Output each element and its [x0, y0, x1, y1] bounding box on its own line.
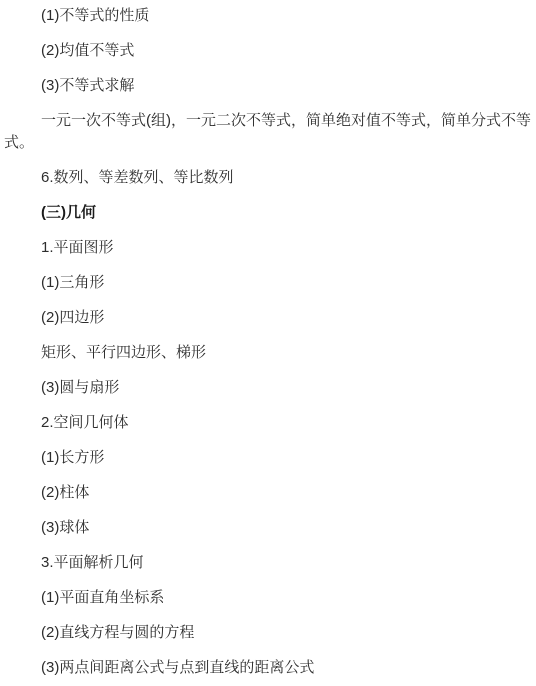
paragraph: (3)球体	[4, 517, 532, 539]
paragraph: (1)平面直角坐标系	[4, 587, 532, 609]
paragraph: 1.平面图形	[4, 237, 532, 259]
paragraph: (2)直线方程与圆的方程	[4, 622, 532, 644]
paragraph: 矩形、平行四边形、梯形	[4, 342, 532, 364]
paragraph: (2)柱体	[4, 482, 532, 504]
paragraph: 3.平面解析几何	[4, 552, 532, 574]
paragraph: (1)长方形	[4, 447, 532, 469]
paragraph: (2)四边形	[4, 307, 532, 329]
paragraph: (3)不等式求解	[4, 75, 532, 97]
paragraph: (2)均值不等式	[4, 40, 532, 62]
paragraph: (1)三角形	[4, 272, 532, 294]
paragraph: (1)不等式的性质	[4, 5, 532, 27]
paragraph: 6.数列、等差数列、等比数列	[4, 167, 532, 189]
paragraph: 一元一次不等式(组)，一元二次不等式，简单绝对值不等式，简单分式不等式。	[4, 110, 532, 154]
paragraph: 2.空间几何体	[4, 412, 532, 434]
paragraph: (三)几何	[4, 202, 532, 224]
paragraph: (3)两点间距离公式与点到直线的距离公式	[4, 657, 532, 679]
document-body: (1)不等式的性质(2)均值不等式(3)不等式求解一元一次不等式(组)，一元二次…	[0, 0, 536, 679]
paragraph: (3)圆与扇形	[4, 377, 532, 399]
